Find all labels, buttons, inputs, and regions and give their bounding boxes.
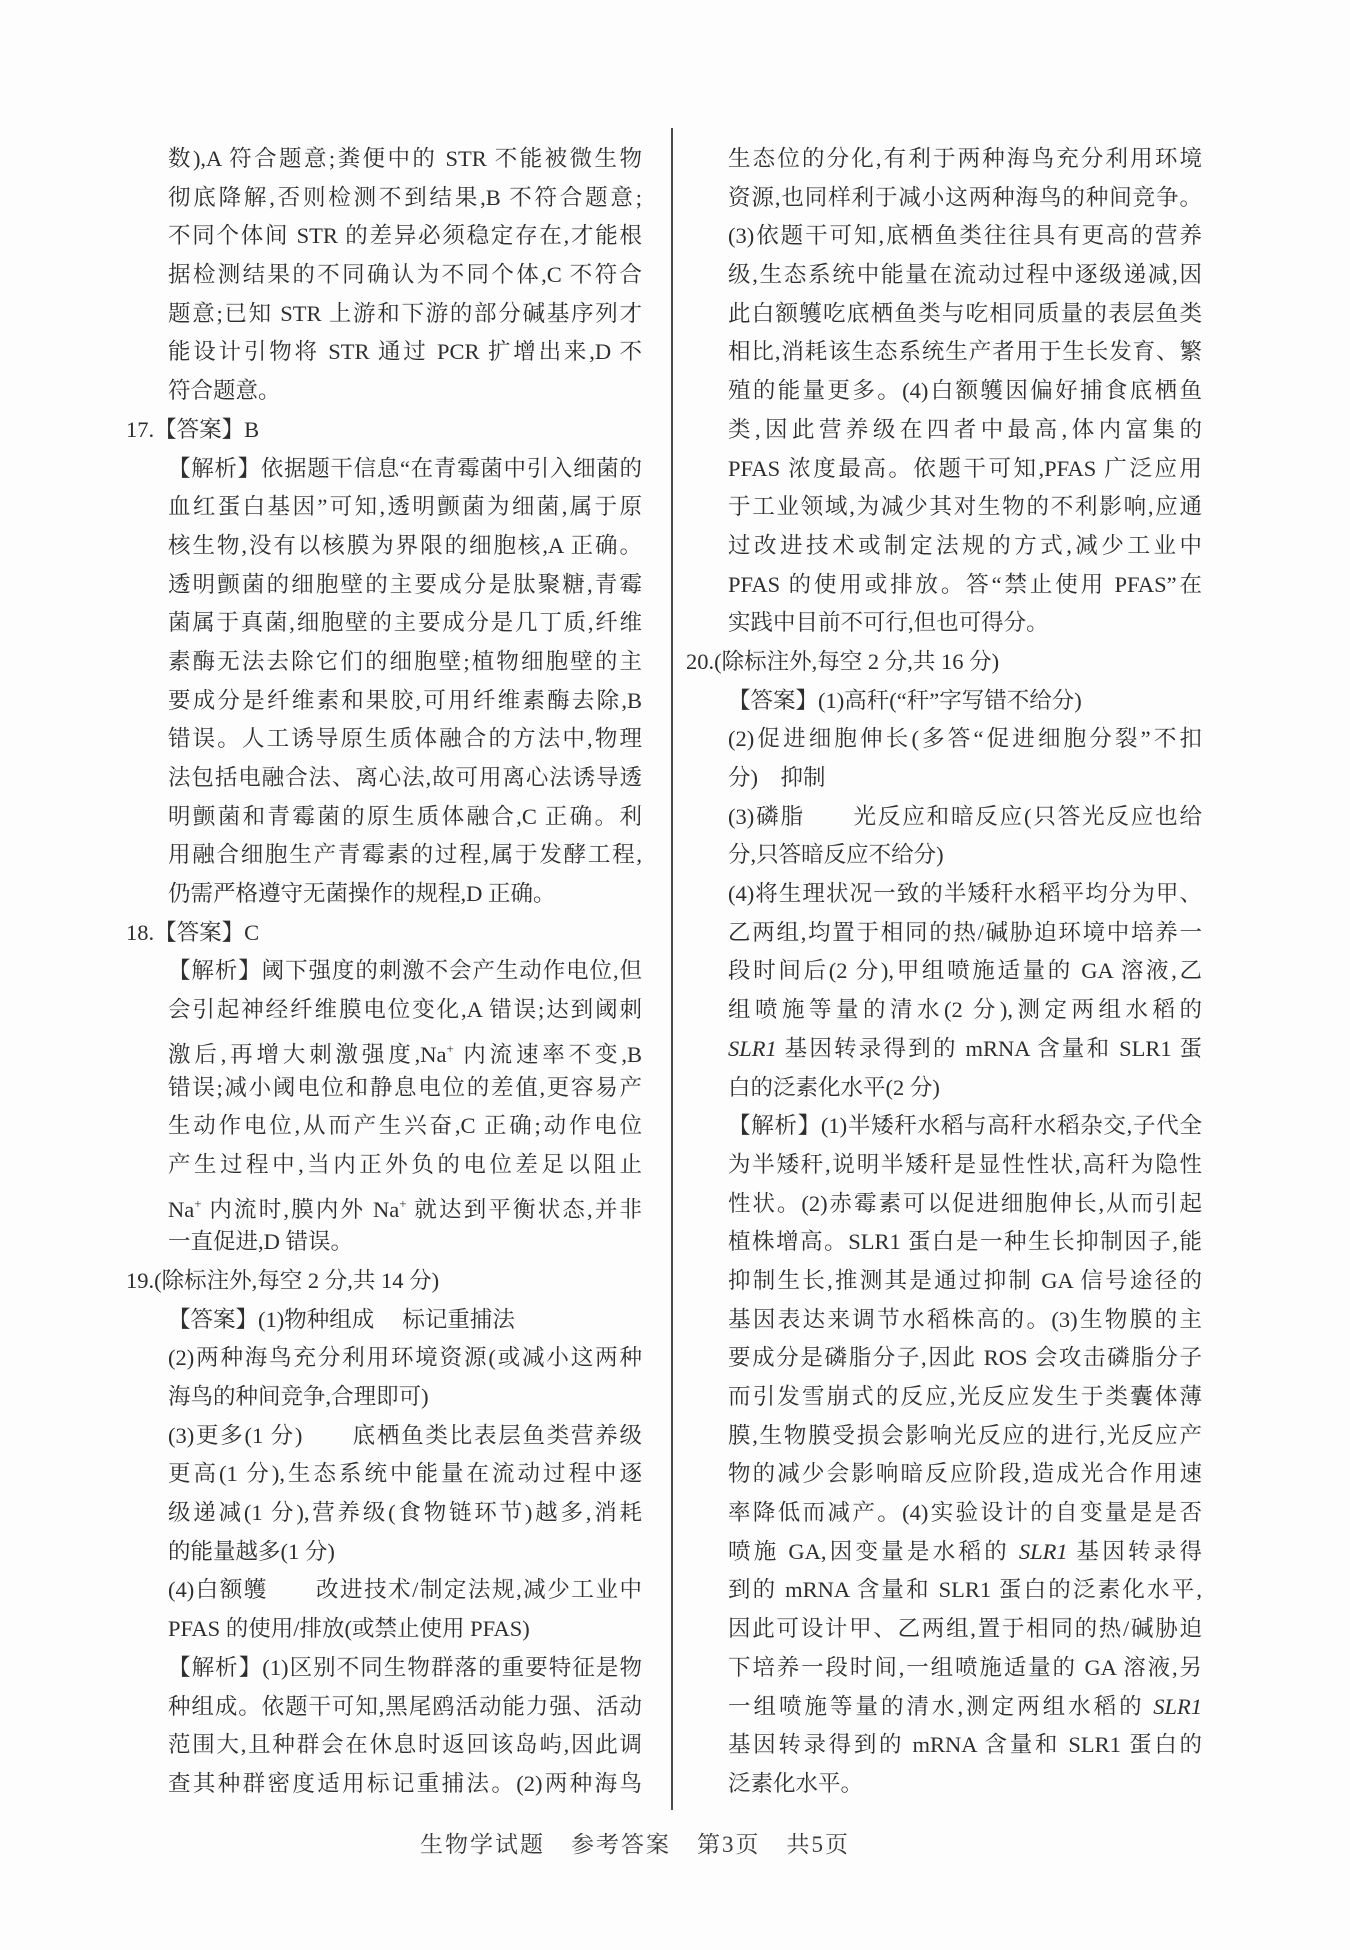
text-run: (2)两种海鸟充分利用环境资源(或减小这两种 (168, 1345, 642, 1370)
text-run: 因此可设计甲、乙两组,置于相同的热/碱胁迫 (728, 1616, 1202, 1641)
text-run: 下培养一段时间,一组喷施适量的 GA 溶液,另 (728, 1655, 1202, 1680)
item-number-line: 19.(除标注外,每空 2 分,共 14 分) (168, 1262, 642, 1301)
text-line: 分) 抑制 (728, 759, 1202, 798)
text-run: 白的泛素化水平(2 分) (728, 1075, 940, 1100)
text-line: 仍需严格遵守无菌操作的规程,D 正确。 (168, 875, 642, 914)
text-line: 膜,生物膜受损会影响光反应的进行,光反应产 (728, 1417, 1202, 1456)
item-number-line: 18.【答案】C (168, 914, 642, 953)
text-line: 相比,消耗该生态系统生产者用于生长发育、繁 (728, 333, 1202, 372)
text-line: 资源,也同样利于减小这两种海鸟的种间竞争。 (728, 179, 1202, 218)
text-run: 生态位的分化,有利于两种海鸟充分利用环境 (728, 146, 1202, 171)
text-run: 抑制生长,推测其是通过抑制 GA 信号途径的 (728, 1268, 1202, 1293)
text-run: 用融合细胞生产青霉素的过程,属于发酵工程, (168, 842, 642, 867)
italic-gene-name: SLR1 (728, 1036, 777, 1061)
text-run: 的能量越多(1 分) (168, 1539, 335, 1564)
answer-column-left: 数),A 符合题意;粪便中的 STR 不能被微生物彻底降解,否则检测不到结果,B… (168, 140, 642, 1804)
text-run: 类,因此营养级在四者中最高,体内富集的 (728, 417, 1202, 442)
text-run: 于工业领域,为减少其对生物的不利影响,应通 (728, 494, 1202, 519)
text-line: 性状。(2)赤霉素可以促进细胞伸长,从而引起 (728, 1185, 1202, 1224)
text-run: 相比,消耗该生态系统生产者用于生长发育、繁 (728, 339, 1202, 364)
exam-answer-page: 数),A 符合题意;粪便中的 STR 不能被微生物彻底降解,否则检测不到结果,B… (0, 0, 1350, 1950)
text-line: 级,生态系统中能量在流动过程中逐级递减,因 (728, 256, 1202, 295)
text-run: 不同个体间 STR 的差异必须稳定存在,才能根 (168, 223, 642, 248)
text-run: 更高(1 分),生态系统中能量在流动过程中逐 (168, 1461, 642, 1486)
text-line: 生动作电位,从而产生兴奋,C 正确;动作电位 (168, 1107, 642, 1146)
text-line: 血红蛋白基因”可知,透明颤菌为细菌,属于原 (168, 488, 642, 527)
text-line: 要成分是纤维素和果胶,可用纤维素酶去除,B (168, 682, 642, 721)
text-line: 的能量越多(1 分) (168, 1533, 642, 1572)
text-run: 素酶无法去除它们的细胞壁;植物细胞壁的主 (168, 649, 642, 674)
superscript-text: + (399, 1196, 406, 1211)
text-line: 【解析】依据题干信息“在青霉菌中引入细菌的 (168, 450, 642, 489)
text-run: 喷施 GA,因变量是水稻的 (728, 1539, 1019, 1564)
text-run: 物的减少会影响暗反应阶段,造成光合作用速 (728, 1461, 1202, 1486)
text-run: 会引起神经纤维膜电位变化,A 错误;达到阈刺 (168, 997, 642, 1022)
text-run: PFAS 浓度最高。依题干可知,PFAS 广泛应用 (728, 456, 1202, 481)
text-run: 资源,也同样利于减小这两种海鸟的种间竞争。 (728, 185, 1202, 210)
footer-doc-subtitle: 参考答案 (571, 1832, 671, 1857)
text-line: 题意;已知 STR 上游和下游的部分碱基序列才 (168, 295, 642, 334)
page-footer: 生物学试题参考答案第3页共5页 (0, 1826, 1270, 1864)
text-line: 【答案】(1)物种组成 标记重捕法 (168, 1301, 642, 1340)
text-line: 法包括电融合法、离心法,故可用离心法诱导透 (168, 759, 642, 798)
footer-page-total: 共5页 (787, 1832, 851, 1857)
text-line: 查其种群密度适用标记重捕法。(2)两种海鸟 (168, 1765, 642, 1804)
text-run: 过改进技术或制定法规的方式,减少工业中 (728, 533, 1202, 558)
text-run: 数),A 符合题意;粪便中的 STR 不能被微生物 (168, 146, 642, 171)
text-line: 彻底降解,否则检测不到结果,B 不符合题意; (168, 179, 642, 218)
superscript-text: + (446, 1041, 453, 1056)
text-run: (3)磷脂 光反应和暗反应(只答光反应也给 (728, 804, 1202, 829)
text-run: 题意;已知 STR 上游和下游的部分碱基序列才 (168, 301, 642, 326)
text-line: 殖的能量更多。(4)白额鹱因偏好捕食底栖鱼 (728, 372, 1202, 411)
text-line: 【解析】阈下强度的刺激不会产生动作电位,但 (168, 952, 642, 991)
text-line: (2)促进细胞伸长(多答“促进细胞分裂”不扣 (728, 720, 1202, 759)
text-line: 率降低而减产。(4)实验设计的自变量是是否 (728, 1494, 1202, 1533)
text-run: 据检测结果的不同确认为不同个体,C 不符合 (168, 262, 642, 287)
text-line: 透明颤菌的细胞壁的主要成分是肽聚糖,青霉 (168, 566, 642, 605)
text-run: 【解析】阈下强度的刺激不会产生动作电位,但 (168, 958, 642, 983)
text-line: 错误;减小阈电位和静息电位的差值,更容易产 (168, 1069, 642, 1108)
text-line: 不同个体间 STR 的差异必须稳定存在,才能根 (168, 217, 642, 256)
text-line: 白的泛素化水平(2 分) (728, 1069, 1202, 1108)
text-run: 乙两组,均置于相同的热/碱胁迫环境中培养一 (728, 920, 1202, 945)
text-line: 基因转录得到的 mRNA 含量和 SLR1 蛋白的 (728, 1726, 1202, 1765)
text-line: 种组成。依题干可知,黑尾鸥活动能力强、活动 (168, 1688, 642, 1727)
text-line: 生态位的分化,有利于两种海鸟充分利用环境 (728, 140, 1202, 179)
text-run: 一组喷施等量的清水,测定两组水稻的 (728, 1694, 1153, 1719)
text-run: 植株增高。SLR1 蛋白是一种生长抑制因子,能 (728, 1229, 1202, 1254)
text-run: 内流速率不变,B (454, 1042, 642, 1067)
text-line: 更高(1 分),生态系统中能量在流动过程中逐 (168, 1455, 642, 1494)
text-run: 菌属于真菌,细胞壁的主要成分是几丁质,纤维 (168, 610, 642, 635)
text-line: 此白额鹱吃底栖鱼类与吃相同质量的表层鱼类 (728, 295, 1202, 334)
text-line: 植株增高。SLR1 蛋白是一种生长抑制因子,能 (728, 1223, 1202, 1262)
text-run: 明颤菌和青霉菌的原生质体融合,C 正确。利 (168, 804, 642, 829)
text-run: 此白额鹱吃底栖鱼类与吃相同质量的表层鱼类 (728, 301, 1202, 326)
text-run: 组喷施等量的清水(2 分),测定两组水稻的 (728, 997, 1202, 1022)
text-line: 范围大,且种群会在休息时返回该岛屿,因此调 (168, 1726, 642, 1765)
text-run: 产生过程中,当内正外负的电位差足以阻止 (168, 1152, 642, 1177)
text-line: 符合题意。 (168, 372, 642, 411)
text-run: 激后,再增大刺激强度,Na (168, 1042, 446, 1067)
text-line: 而引发雪崩式的反应,光反应发生于类囊体薄 (728, 1378, 1202, 1417)
text-run: 级,生态系统中能量在流动过程中逐级递减,因 (728, 262, 1202, 287)
text-line: PFAS 的使用或排放。答“禁止使用 PFAS”在 (728, 566, 1202, 605)
text-run: 【答案】(1)物种组成 标记重捕法 (168, 1307, 515, 1332)
text-line: 到的 mRNA 含量和 SLR1 蛋白的泛素化水平, (728, 1571, 1202, 1610)
text-run: 膜,生物膜受损会影响光反应的进行,光反应产 (728, 1423, 1202, 1448)
text-run: (2)促进细胞伸长(多答“促进细胞分裂”不扣 (728, 726, 1202, 751)
answer-column-right: 生态位的分化,有利于两种海鸟充分利用环境资源,也同样利于减小这两种海鸟的种间竞争… (728, 140, 1202, 1804)
footer-page-number: 第3页 (697, 1832, 761, 1857)
text-run: 实践中目前不可行,但也可得分。 (728, 610, 1049, 635)
text-run: 【解析】依据题干信息“在青霉菌中引入细菌的 (168, 456, 642, 481)
text-run: 【答案】(1)高秆(“秆”字写错不给分) (728, 688, 1082, 713)
text-run: 种组成。依题干可知,黑尾鸥活动能力强、活动 (168, 1694, 642, 1719)
text-line: 核生物,没有以核膜为界限的细胞核,A 正确。 (168, 527, 642, 566)
text-line: 【解析】(1)半矮秆水稻与高秆水稻杂交,子代全 (728, 1107, 1202, 1146)
column-divider (671, 128, 673, 1810)
text-run: 而引发雪崩式的反应,光反应发生于类囊体薄 (728, 1384, 1202, 1409)
text-run: 内流时,膜内外 Na (202, 1197, 400, 1222)
text-run: 海鸟的种间竞争,合理即可) (168, 1384, 429, 1409)
text-run: Na (168, 1197, 194, 1222)
text-run: 错误;减小阈电位和静息电位的差值,更容易产 (168, 1075, 642, 1100)
text-run: 泛素化水平。 (728, 1771, 863, 1796)
text-run: (3)更多(1 分) 底栖鱼类比表层鱼类营养级 (168, 1423, 642, 1448)
text-run: 血红蛋白基因”可知,透明颤菌为细菌,属于原 (168, 494, 642, 519)
text-run: 基因转录得 (1068, 1539, 1202, 1564)
footer-doc-title: 生物学试题 (420, 1832, 545, 1857)
text-line: 【答案】(1)高秆(“秆”字写错不给分) (728, 682, 1202, 721)
text-run: 分) 抑制 (728, 765, 826, 790)
text-line: (3)磷脂 光反应和暗反应(只答光反应也给 (728, 798, 1202, 837)
text-line: 为半矮秆,说明半矮秆是显性性状,高秆为隐性 (728, 1146, 1202, 1185)
text-run: 法包括电融合法、离心法,故可用离心法诱导透 (168, 765, 642, 790)
text-run: PFAS 的使用或排放。答“禁止使用 PFAS”在 (728, 572, 1202, 597)
text-run: 要成分是磷脂分子,因此 ROS 会攻击磷脂分子 (728, 1345, 1202, 1370)
text-run: 为半矮秆,说明半矮秆是显性性状,高秆为隐性 (728, 1152, 1202, 1177)
text-run: 彻底降解,否则检测不到结果,B 不符合题意; (168, 185, 642, 210)
text-run: 一直促进,D 错误。 (168, 1229, 353, 1254)
text-line: 实践中目前不可行,但也可得分。 (728, 604, 1202, 643)
text-line: 分,只答暗反应不给分) (728, 836, 1202, 875)
text-line: 抑制生长,推测其是通过抑制 GA 信号途径的 (728, 1262, 1202, 1301)
text-line: 组喷施等量的清水(2 分),测定两组水稻的 (728, 991, 1202, 1030)
text-line: 喷施 GA,因变量是水稻的 SLR1 基因转录得 (728, 1533, 1202, 1572)
text-line: 数),A 符合题意;粪便中的 STR 不能被微生物 (168, 140, 642, 179)
text-line: 激后,再增大刺激强度,Na+ 内流速率不变,B (168, 1030, 642, 1069)
text-line: 过改进技术或制定法规的方式,减少工业中 (728, 527, 1202, 566)
text-run: 就达到平衡状态,并非 (407, 1197, 642, 1222)
text-run: 【解析】(1)半矮秆水稻与高秆水稻杂交,子代全 (728, 1113, 1202, 1138)
text-line: 泛素化水平。 (728, 1765, 1202, 1804)
text-line: (4)白额鹱 改进技术/制定法规,减少工业中 (168, 1571, 642, 1610)
text-line: PFAS 的使用/排放(或禁止使用 PFAS) (168, 1610, 642, 1649)
text-run: PFAS 的使用/排放(或禁止使用 PFAS) (168, 1616, 530, 1641)
text-line: 错误。人工诱导原生质体融合的方法中,物理 (168, 720, 642, 759)
text-run: (4)将生理状况一致的半矮秆水稻平均分为甲、 (728, 881, 1202, 906)
text-run: 基因转录得到的 mRNA 含量和 SLR1 蛋 (777, 1036, 1202, 1061)
superscript-text: + (194, 1196, 201, 1211)
text-run: 到的 mRNA 含量和 SLR1 蛋白的泛素化水平, (728, 1577, 1202, 1602)
text-line: 段时间后(2 分),甲组喷施适量的 GA 溶液,乙 (728, 952, 1202, 991)
item-number-line: 17.【答案】B (168, 411, 642, 450)
text-run: (4)白额鹱 改进技术/制定法规,减少工业中 (168, 1577, 642, 1602)
text-run: 17.【答案】B (126, 417, 259, 442)
text-line: Na+ 内流时,膜内外 Na+ 就达到平衡状态,并非 (168, 1185, 642, 1224)
text-run: 能设计引物将 STR 通过 PCR 扩增出来,D 不 (168, 339, 642, 364)
text-run: 【解析】(1)区别不同生物群落的重要特征是物 (168, 1655, 642, 1680)
text-line: 下培养一段时间,一组喷施适量的 GA 溶液,另 (728, 1649, 1202, 1688)
text-line: 乙两组,均置于相同的热/碱胁迫环境中培养一 (728, 914, 1202, 953)
text-line: 一直促进,D 错误。 (168, 1223, 642, 1262)
text-run: 要成分是纤维素和果胶,可用纤维素酶去除,B (168, 688, 642, 713)
text-run: 性状。(2)赤霉素可以促进细胞伸长,从而引起 (728, 1191, 1202, 1216)
text-line: 于工业领域,为减少其对生物的不利影响,应通 (728, 488, 1202, 527)
text-line: (3)更多(1 分) 底栖鱼类比表层鱼类营养级 (168, 1417, 642, 1456)
text-run: 殖的能量更多。(4)白额鹱因偏好捕食底栖鱼 (728, 378, 1202, 403)
text-run: (3)依题干可知,底栖鱼类往往具有更高的营养 (728, 223, 1202, 248)
text-run: 核生物,没有以核膜为界限的细胞核,A 正确。 (168, 533, 642, 558)
text-line: 级递减(1 分),营养级(食物链环节)越多,消耗 (168, 1494, 642, 1533)
text-line: 会引起神经纤维膜电位变化,A 错误;达到阈刺 (168, 991, 642, 1030)
text-line: (2)两种海鸟充分利用环境资源(或减小这两种 (168, 1339, 642, 1378)
text-line: 因此可设计甲、乙两组,置于相同的热/碱胁迫 (728, 1610, 1202, 1649)
text-line: 海鸟的种间竞争,合理即可) (168, 1378, 642, 1417)
text-line: 用融合细胞生产青霉素的过程,属于发酵工程, (168, 836, 642, 875)
text-line: 【解析】(1)区别不同生物群落的重要特征是物 (168, 1649, 642, 1688)
italic-gene-name: SLR1 (1019, 1539, 1068, 1564)
text-run: 符合题意。 (168, 378, 281, 403)
text-line: 物的减少会影响暗反应阶段,造成光合作用速 (728, 1455, 1202, 1494)
text-run: 19.(除标注外,每空 2 分,共 14 分) (126, 1268, 439, 1293)
text-run: 18.【答案】C (126, 920, 259, 945)
text-run: 错误。人工诱导原生质体融合的方法中,物理 (168, 726, 642, 751)
item-number-line: 20.(除标注外,每空 2 分,共 16 分) (728, 643, 1202, 682)
text-line: 要成分是磷脂分子,因此 ROS 会攻击磷脂分子 (728, 1339, 1202, 1378)
text-line: 菌属于真菌,细胞壁的主要成分是几丁质,纤维 (168, 604, 642, 643)
text-line: 据检测结果的不同确认为不同个体,C 不符合 (168, 256, 642, 295)
text-run: 查其种群密度适用标记重捕法。(2)两种海鸟 (168, 1771, 642, 1796)
text-run: 率降低而减产。(4)实验设计的自变量是是否 (728, 1500, 1202, 1525)
text-line: 素酶无法去除它们的细胞壁;植物细胞壁的主 (168, 643, 642, 682)
text-run: 范围大,且种群会在休息时返回该岛屿,因此调 (168, 1732, 642, 1757)
text-line: 类,因此营养级在四者中最高,体内富集的 (728, 411, 1202, 450)
text-line: 能设计引物将 STR 通过 PCR 扩增出来,D 不 (168, 333, 642, 372)
text-line: SLR1 基因转录得到的 mRNA 含量和 SLR1 蛋 (728, 1030, 1202, 1069)
text-line: PFAS 浓度最高。依题干可知,PFAS 广泛应用 (728, 450, 1202, 489)
text-run: 分,只答暗反应不给分) (728, 842, 944, 867)
text-run: 20.(除标注外,每空 2 分,共 16 分) (686, 649, 999, 674)
text-line: (4)将生理状况一致的半矮秆水稻平均分为甲、 (728, 875, 1202, 914)
text-line: 一组喷施等量的清水,测定两组水稻的 SLR1 (728, 1688, 1202, 1727)
text-run: 透明颤菌的细胞壁的主要成分是肽聚糖,青霉 (168, 572, 642, 597)
text-run: 仍需严格遵守无菌操作的规程,D 正确。 (168, 881, 556, 906)
italic-gene-name: SLR1 (1153, 1694, 1202, 1719)
text-run: 段时间后(2 分),甲组喷施适量的 GA 溶液,乙 (728, 958, 1202, 983)
text-run: 基因表达来调节水稻株高的。(3)生物膜的主 (728, 1307, 1202, 1332)
text-line: 明颤菌和青霉菌的原生质体融合,C 正确。利 (168, 798, 642, 837)
text-run: 生动作电位,从而产生兴奋,C 正确;动作电位 (168, 1113, 642, 1138)
text-line: 基因表达来调节水稻株高的。(3)生物膜的主 (728, 1301, 1202, 1340)
text-run: 级递减(1 分),营养级(食物链环节)越多,消耗 (168, 1500, 642, 1525)
text-line: 产生过程中,当内正外负的电位差足以阻止 (168, 1146, 642, 1185)
text-run: 基因转录得到的 mRNA 含量和 SLR1 蛋白的 (728, 1732, 1202, 1757)
text-line: (3)依题干可知,底栖鱼类往往具有更高的营养 (728, 217, 1202, 256)
